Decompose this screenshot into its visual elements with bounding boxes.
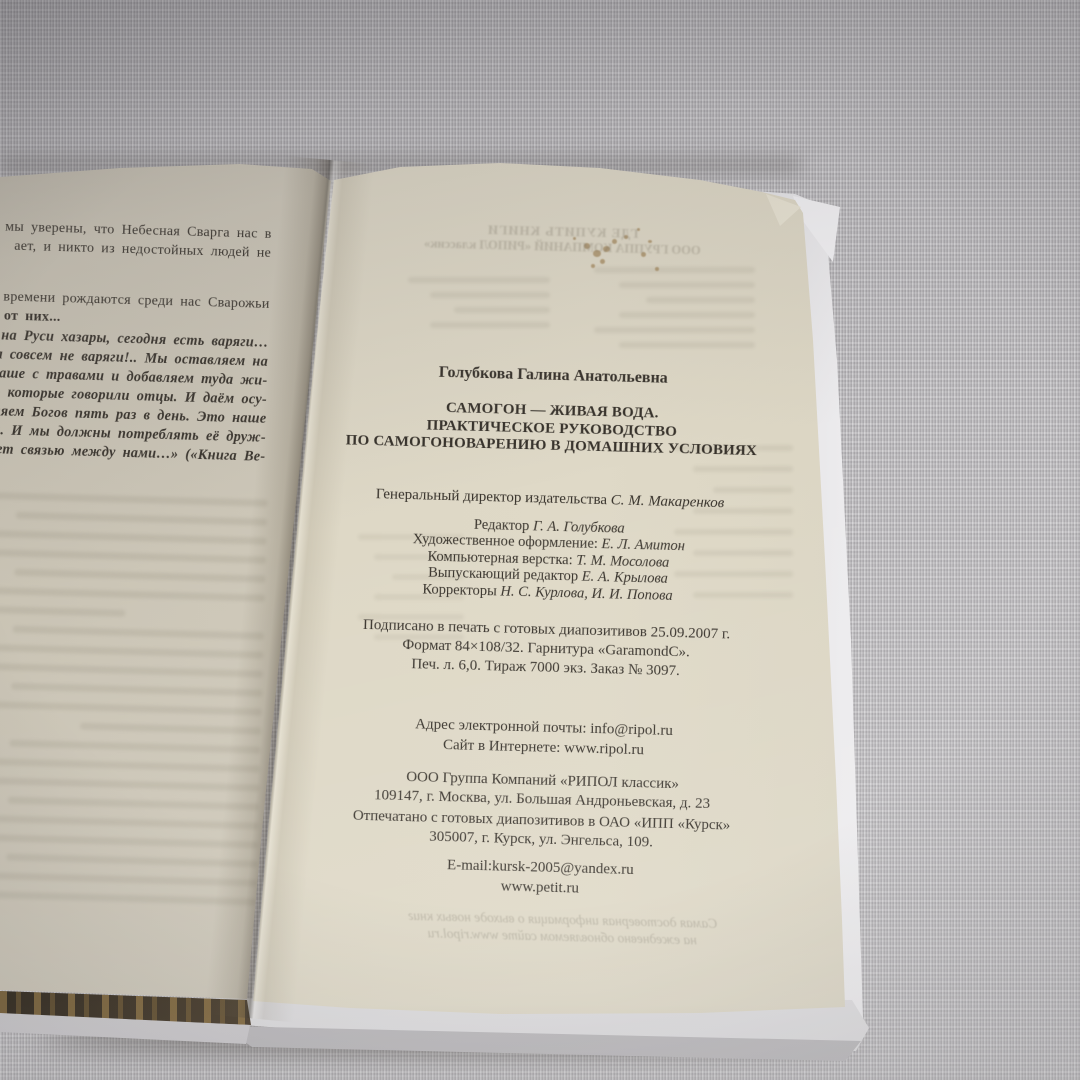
ghost-line — [0, 643, 263, 658]
left-page-text: мы уверены, что Небесная Сварга нас в ае… — [0, 0, 278, 10]
right-page-showthrough-heading: ГДЕ КУПИТЬ КНИГИ ООО ГРУППА КОМПАНИЙ «РИ… — [337, 218, 788, 261]
ghost-line — [80, 723, 261, 735]
ghost-line — [12, 683, 263, 697]
right-page-showthrough-footer: Самая достоверная информация о выходе но… — [337, 905, 788, 951]
credit-name: Н. С. Курлова, И. И. Попова — [500, 583, 673, 604]
right-page-showthrough-column — [400, 268, 550, 328]
ghost-line — [693, 466, 793, 472]
credit-name: Г. А. Голубкова — [533, 518, 625, 536]
photo-open-book: мы уверены, что Небесная Сварга нас в ае… — [0, 0, 1080, 1080]
ghost-line — [619, 342, 755, 348]
book-title: САМОГОН — ЖИВАЯ ВОДА. ПРАКТИЧЕСКОЕ РУКОВ… — [326, 397, 777, 461]
imprint-block: Подписано в печать с готовых диапозитиво… — [320, 615, 771, 684]
ghost-line — [16, 512, 267, 526]
ghost-line — [713, 487, 793, 493]
ghost-line — [0, 700, 262, 715]
credit-name: Т. М. Мосолова — [576, 552, 669, 570]
ghost-line — [0, 775, 260, 791]
ghost-line — [0, 889, 256, 905]
ghost-line — [10, 740, 261, 754]
credit-name: Е. А. Крылова — [582, 569, 668, 587]
ghost-line — [15, 569, 266, 583]
ghost-line — [454, 307, 550, 313]
right-page-showthrough-column — [585, 258, 755, 348]
ghost-line — [430, 322, 550, 328]
credits-block: Редактор Г. А. Голубкова Художественное … — [322, 513, 774, 607]
ghost-line — [594, 267, 756, 273]
ghost-line — [7, 854, 258, 868]
ghost-line — [0, 661, 263, 677]
ghost-line — [408, 277, 551, 283]
director-role: Генеральный директор издательства — [376, 486, 611, 508]
page-stain — [600, 259, 605, 264]
ghost-line — [594, 327, 756, 333]
colophon-text: Голубкова Галина Анатольевна САМОГОН — Ж… — [338, 0, 788, 12]
ghost-line — [0, 832, 258, 848]
page-stain — [591, 264, 595, 268]
page-stain — [655, 267, 659, 271]
left-page-showthrough — [0, 478, 268, 906]
ghost-line — [0, 814, 259, 829]
ghost-line — [619, 282, 755, 288]
credit-name: Е. Л. Амитон — [601, 536, 685, 554]
contacts-block: Адрес электронной почты: info@ripol.ru С… — [318, 712, 769, 764]
ghost-line — [0, 547, 266, 563]
ghost-line — [430, 292, 550, 298]
ghost-line — [0, 871, 257, 886]
ghost-line — [13, 626, 264, 640]
credit-role: Корректоры — [422, 581, 500, 599]
director-name: С. М. Макаренков — [611, 492, 725, 511]
author-name: Голубкова Галина Анатольевна — [328, 361, 778, 391]
ghost-line — [0, 530, 266, 545]
ghost-line — [0, 757, 260, 772]
ghost-line — [646, 297, 755, 303]
ghost-line — [8, 797, 259, 811]
ghost-line — [0, 587, 265, 602]
printer-contacts-block: E-mail:kursk-2005@yandex.ru www.petit.ru — [315, 852, 766, 904]
ghost-line — [0, 605, 125, 616]
ghost-line — [0, 490, 268, 506]
ghost-line — [619, 312, 755, 318]
credit-role: Редактор — [474, 517, 533, 535]
